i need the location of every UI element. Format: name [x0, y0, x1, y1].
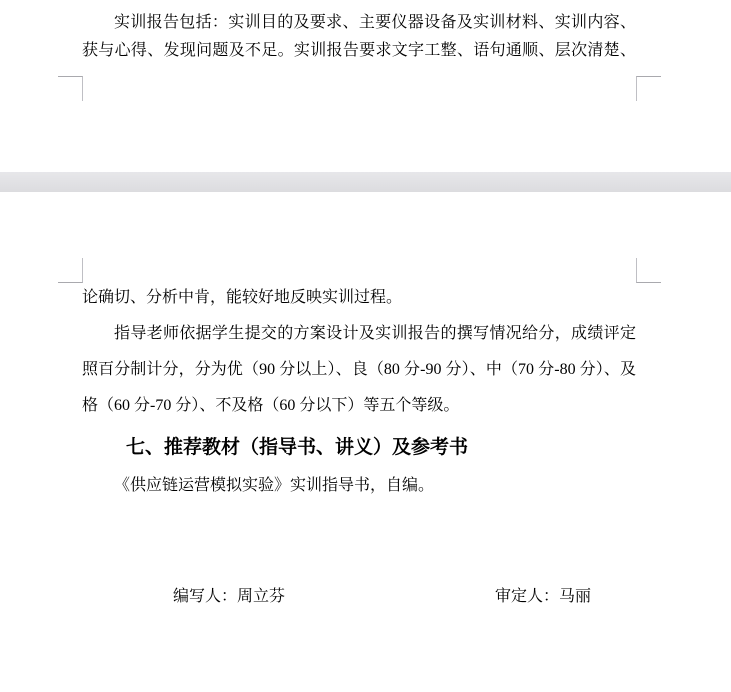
reference-book-line[interactable]: 《供应链运营模拟实验》实训指导书，自编。: [82, 468, 636, 504]
body-line[interactable]: 实训报告包括：实训目的及要求、主要仪器设备及实训材料、实训内容、收: [82, 9, 636, 37]
signature-author[interactable]: 编写人：周立芬: [173, 587, 285, 607]
body-line[interactable]: 照百分制计分，分为优（90 分以上）、良（80 分-90 分）、中（70 分-8…: [82, 352, 636, 388]
signature-reviewer[interactable]: 审定人：马丽: [495, 587, 591, 607]
margin-mark-page2-right: [636, 258, 661, 283]
body-line-continuation[interactable]: 论确切、分析中肯，能较好地反映实训过程。: [82, 280, 636, 316]
page-separator: [0, 172, 731, 192]
margin-mark-page2-left: [58, 258, 83, 283]
body-line[interactable]: 获与心得、发现问题及不足。实训报告要求文字工整、语句通顺、层次清楚、结: [82, 37, 636, 65]
document-viewport: 实训报告包括：实训目的及要求、主要仪器设备及实训材料、实训内容、收 获与心得、发…: [0, 0, 731, 692]
section-heading[interactable]: 七、推荐教材（指导书、讲义）及参考书: [82, 434, 636, 462]
page1-paragraph[interactable]: 实训报告包括：实训目的及要求、主要仪器设备及实训材料、实训内容、收 获与心得、发…: [82, 9, 636, 65]
body-line[interactable]: 格（60 分-70 分）、不及格（60 分以下）等五个等级。: [82, 388, 636, 424]
body-line[interactable]: 指导老师依据学生提交的方案设计及实训报告的撰写情况给分，成绩评定按: [82, 316, 636, 352]
page2-body[interactable]: 论确切、分析中肯，能较好地反映实训过程。 指导老师依据学生提交的方案设计及实训报…: [82, 280, 636, 424]
margin-mark-page1-left: [58, 76, 83, 101]
margin-mark-page1-right: [636, 76, 661, 101]
